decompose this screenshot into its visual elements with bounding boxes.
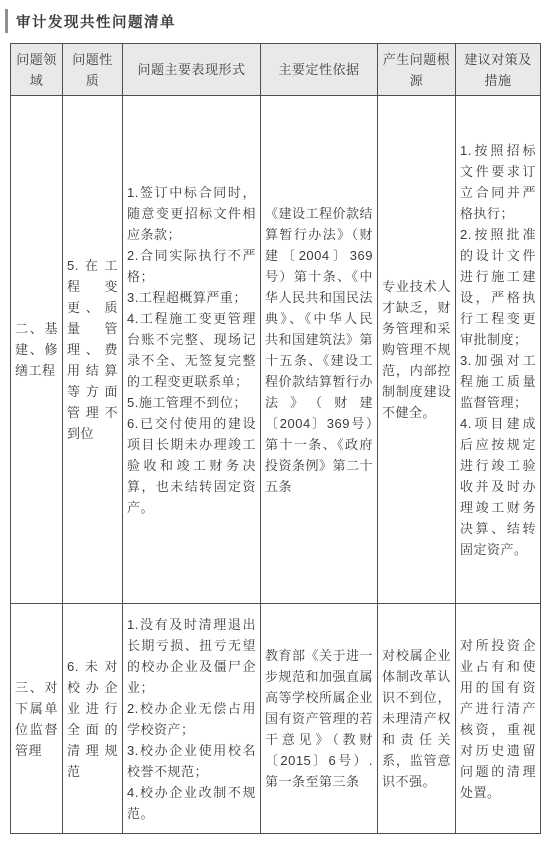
header-countermeasures: 建议对策及措施 (456, 44, 541, 96)
cell-problem-area: 二、基建、修缮工程 (11, 96, 63, 604)
document-title-block: 审计发现共性问题清单 (0, 0, 553, 34)
cell-root-cause: 专业技术人才缺乏，财务管理和采购管理不规范，内部控制制度建设不健全。 (378, 96, 456, 604)
cell-problem-nature: 6.未对校办企业进行全面的清理规范 (63, 604, 123, 834)
header-manifestation: 问题主要表现形式 (123, 44, 261, 96)
table-header-row: 问题领域 问题性质 问题主要表现形式 主要定性依据 产生问题根源 建议对策及措施 (11, 44, 541, 96)
cell-basis: 《建设工程价款结算暂行办法》（财建〔2004〕369号）第十条、《中华人民共和国… (261, 96, 378, 604)
cell-manifestation: 1.签订中标合同时，随意变更招标文件相应条款； 2.合同实际执行不严格； 3.工… (123, 96, 261, 604)
header-root-cause: 产生问题根源 (378, 44, 456, 96)
cell-countermeasures: 对所投资企业占有和使用的国有资产进行清产核资，重视对历史遗留问题的清理处置。 (456, 604, 541, 834)
table-row: 三、对下属单位监督管理 6.未对校办企业进行全面的清理规范 1.没有及时清理退出… (11, 604, 541, 834)
page-title: 审计发现共性问题清单 (16, 11, 176, 32)
audit-document-page: 审计发现共性问题清单 问题领域 问题性质 问题主要表现形式 主要定性依据 产生问… (0, 0, 553, 848)
audit-findings-table: 问题领域 问题性质 问题主要表现形式 主要定性依据 产生问题根源 建议对策及措施… (10, 43, 541, 834)
cell-countermeasures: 1.按照招标文件要求订立合同并严格执行； 2.按照批准的设计文件进行施工建设，严… (456, 96, 541, 604)
header-problem-nature: 问题性质 (63, 44, 123, 96)
cell-root-cause: 对校属企业体制改革认识不到位，未理清产权和责任关系，监管意识不强。 (378, 604, 456, 834)
cell-problem-area: 三、对下属单位监督管理 (11, 604, 63, 834)
cell-manifestation: 1.没有及时清理退出长期亏损、扭亏无望的校办企业及僵尸企业； 2.校办企业无偿占… (123, 604, 261, 834)
cell-problem-nature: 5.在工程变更、质量管理、费用结算等方面管理不到位 (63, 96, 123, 604)
header-problem-area: 问题领域 (11, 44, 63, 96)
title-accent-bar (5, 9, 8, 33)
header-basis: 主要定性依据 (261, 44, 378, 96)
table-row: 二、基建、修缮工程 5.在工程变更、质量管理、费用结算等方面管理不到位 1.签订… (11, 96, 541, 604)
cell-basis: 教育部《关于进一步规范和加强直属高等学校所属企业国有资产管理的若干意见》（教财〔… (261, 604, 378, 834)
